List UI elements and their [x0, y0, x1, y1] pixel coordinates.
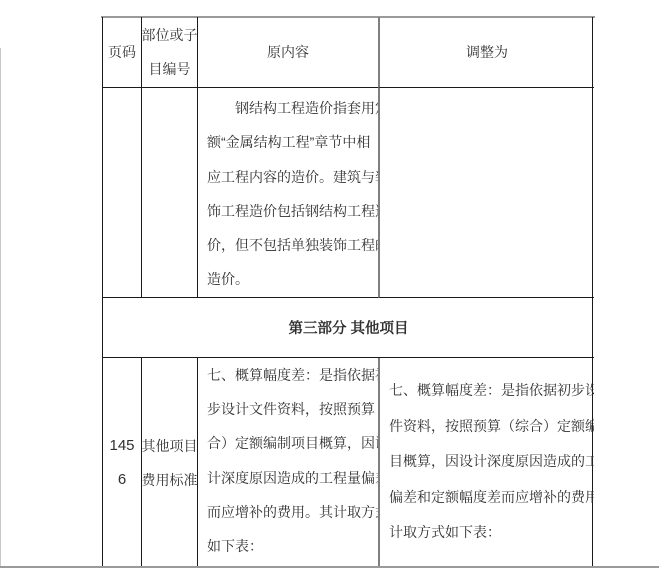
text-line: 6	[118, 463, 126, 497]
steel-row-part-cell	[142, 88, 198, 298]
header-cell-original-content: 原内容	[198, 17, 379, 88]
text-line: 部位或子	[142, 18, 198, 52]
other-row-page-cell: 1456	[103, 358, 142, 568]
header-cell-page-number: 页码	[103, 17, 142, 88]
text-line: 偏差和定额幅度差而应增补的费用。其	[389, 480, 588, 516]
document-page: 页码 部位或子目编号 原内容 调整为 钢结构工程造价指套用定额“金属结构工程”章…	[0, 0, 659, 581]
bottom-page-boundary-line	[0, 566, 659, 568]
text-line: 计取方式如下表：	[389, 515, 588, 551]
text-line: 目概算，因设计深度原因造成的工程量	[389, 444, 588, 480]
text-line: 额“金属结构工程”章节中相	[207, 125, 370, 159]
text-line: 造价。	[207, 262, 370, 296]
section-title: 第三部分 其他项目	[288, 317, 408, 338]
header-label-original-content: 原内容	[267, 35, 309, 69]
text-line: 其他项目	[142, 429, 198, 463]
steel-row-adjusted-cell	[378, 88, 594, 298]
text-line: 145	[109, 429, 134, 463]
text-line: 件资料，按照预算（综合）定额编制项	[389, 409, 588, 445]
text-line: 七、概算幅度差：是指依据初	[207, 358, 372, 392]
text-line: 而应增补的费用。其计取方式	[207, 495, 372, 529]
text-line: 合）定额编制项目概算，因设	[207, 426, 372, 460]
text-line: 应工程内容的造价。建筑与装	[207, 160, 370, 194]
adjustment-table: 页码 部位或子目编号 原内容 调整为 钢结构工程造价指套用定额“金属结构工程”章…	[102, 17, 593, 568]
header-label-adjusted-to: 调整为	[466, 35, 508, 69]
text-line: 价，但不包括单独装饰工程的	[207, 228, 370, 262]
section-row-part-three: 第三部分 其他项目	[103, 298, 594, 358]
text-line: 饰工程造价包括钢结构工程造	[207, 194, 370, 228]
text-line: 步设计文件资料，按照预算（综	[207, 392, 372, 426]
text-line: 目编号	[149, 52, 191, 86]
text-line: 计深度原因造成的工程量偏差	[207, 461, 372, 495]
other-row-adjusted-cell: 七、概算幅度差：是指依据初步设计文件资料，按照预算（综合）定额编制项目概算，因设…	[378, 358, 594, 568]
other-row-original-content-cell: 七、概算幅度差：是指依据初步设计文件资料，按照预算（综合）定额编制项目概算，因设…	[198, 358, 379, 568]
left-page-edge-line	[0, 48, 1, 568]
text-line: 七、概算幅度差：是指依据初步设计文	[389, 373, 588, 409]
steel-row-page-cell	[103, 88, 142, 298]
header-label-page-number: 页码	[108, 35, 136, 69]
text-line: 费用标准	[142, 463, 198, 497]
text-line: 钢结构工程造价指套用定	[207, 91, 370, 125]
text-line: 如下表：	[207, 529, 372, 563]
header-cell-part-or-subitem: 部位或子目编号	[142, 17, 198, 88]
steel-row-original-content-cell: 钢结构工程造价指套用定额“金属结构工程”章节中相应工程内容的造价。建筑与装饰工程…	[198, 88, 379, 298]
other-row-part-cell: 其他项目费用标准	[142, 358, 198, 568]
header-cell-adjusted-to: 调整为	[378, 17, 594, 88]
